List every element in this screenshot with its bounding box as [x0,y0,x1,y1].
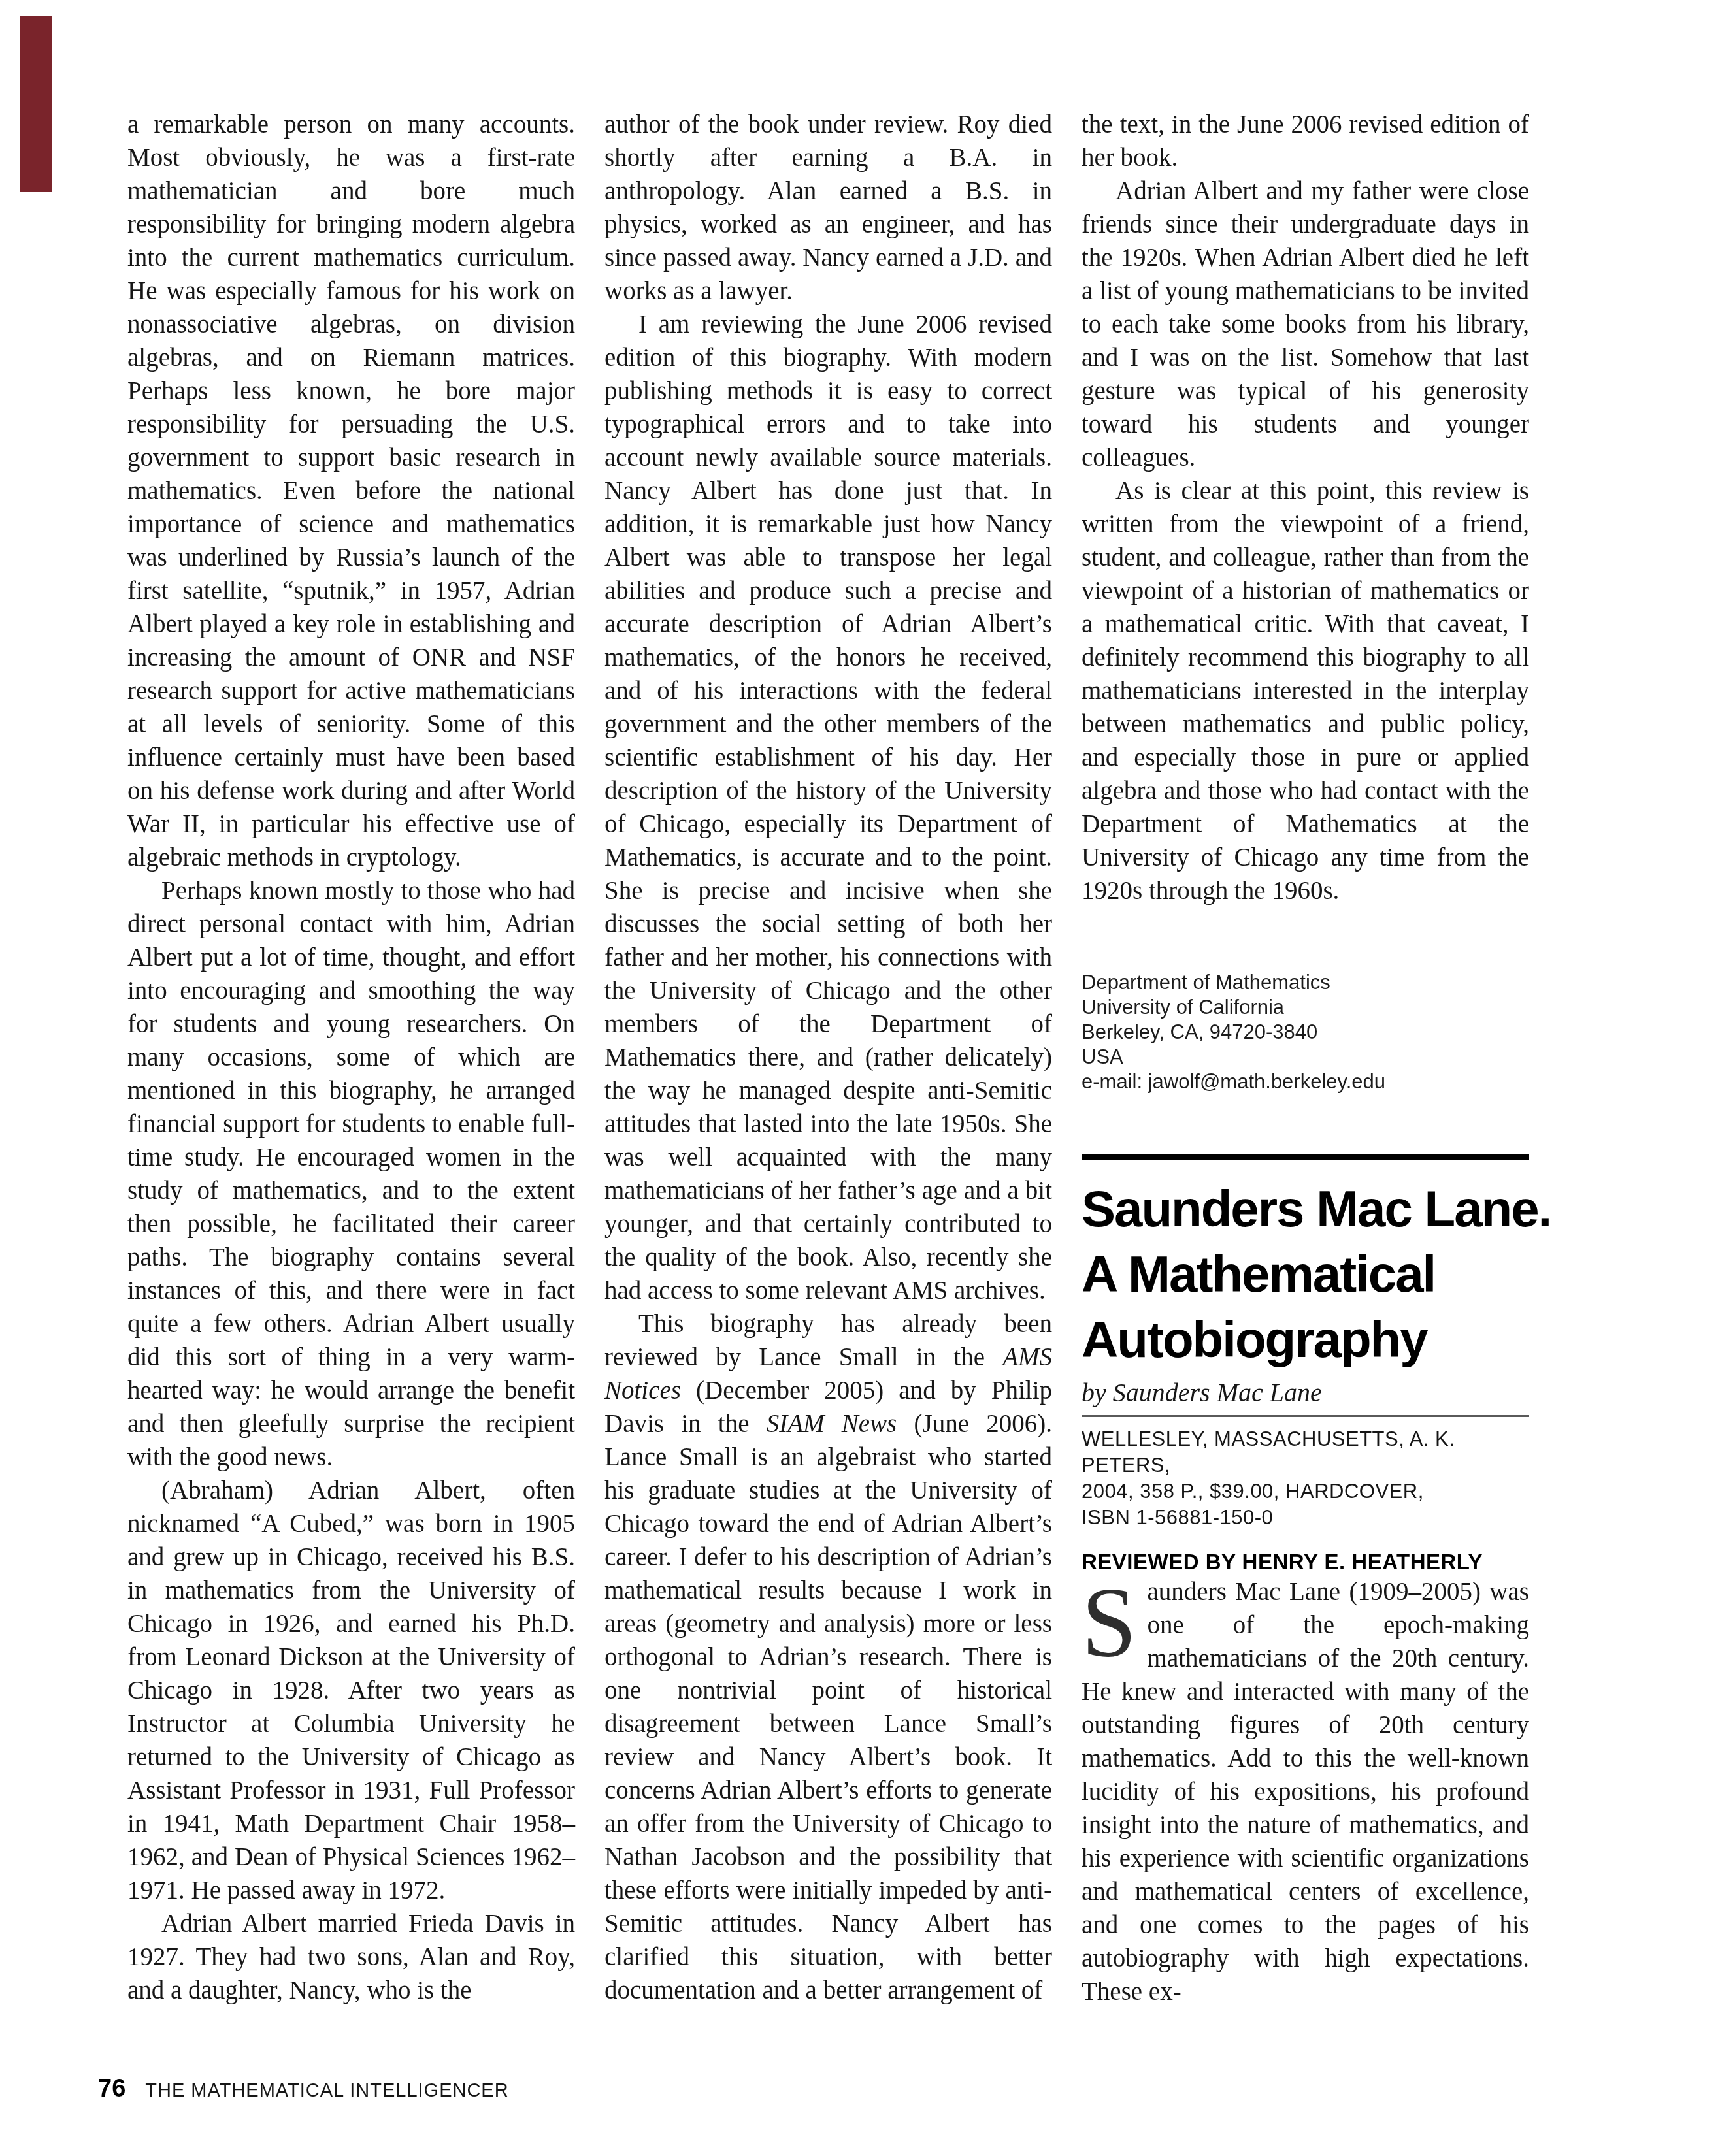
review-book-title: Saunders Mac Lane.A MathematicalAutobiog… [1082,1176,1529,1372]
body-paragraph: Perhaps known mostly to those who had di… [127,874,575,1474]
author-address-block: Department of MathematicsUniversity of C… [1082,970,1529,1094]
journal-page: a remarkable person on many accounts. Mo… [0,0,1735,2156]
text-line: Saunders Mac Lane. [1082,1176,1529,1241]
column-2: author of the book under review. Roy die… [604,108,1052,2008]
body-paragraph: Adrian Albert and my father were close f… [1082,174,1529,474]
text-line: USA [1082,1045,1529,1070]
reviewer-credit: REVIEWED BY HENRY E. HEATHERLY [1082,1549,1529,1575]
review-opening-paragraph: Saunders Mac Lane (1909–2005) was one of… [1082,1575,1529,2008]
byline-divider-rule [1082,1415,1529,1417]
opening-text: aunders Mac Lane (1909–2005) was one of … [1082,1578,1529,2006]
text-line: University of California [1082,995,1529,1020]
body-paragraph: author of the book under review. Roy die… [604,108,1052,308]
book-author-byline: by Saunders Mac Lane [1082,1377,1529,1409]
drop-cap-letter: S [1082,1575,1148,1664]
body-paragraph: (Abraham) Adrian Albert, often nicknamed… [127,1474,575,1907]
journal-name: THE MATHEMATICAL INTELLIGENCER [145,2080,508,2102]
text-line: A Mathematical [1082,1241,1529,1307]
text-line: 2004, 358 P., $39.00, HARDCOVER, [1082,1478,1529,1505]
body-paragraph: As is clear at this point, this review i… [1082,474,1529,907]
text-line: e-mail: jawolf@math.berkeley.edu [1082,1070,1529,1094]
text-line: ISBN 1-56881-150-0 [1082,1505,1529,1531]
text-line: Autobiography [1082,1307,1529,1372]
text-line: WELLESLEY, MASSACHUSETTS, A. K. PETERS, [1082,1426,1529,1478]
publication-details: WELLESLEY, MASSACHUSETTS, A. K. PETERS,2… [1082,1426,1529,1531]
column-3: the text, in the June 2006 revised editi… [1082,108,1529,2008]
column-3-body: the text, in the June 2006 revised editi… [1082,108,1529,944]
column-1: a remarkable person on many accounts. Mo… [127,108,575,2008]
text-line: Berkeley, CA, 94720-3840 [1082,1020,1529,1045]
body-paragraph: I am reviewing the June 2006 revised edi… [604,308,1052,1307]
page-number: 76 [98,2075,125,2103]
text-columns: a remarkable person on many accounts. Mo… [127,108,1529,2008]
body-paragraph: Adrian Albert married Frieda Davis in 19… [127,1907,575,2007]
page-footer: 76 THE MATHEMATICAL INTELLIGENCER [98,2075,509,2103]
body-paragraph: This biography has already been reviewed… [604,1307,1052,2007]
body-paragraph: the text, in the June 2006 revised editi… [1082,108,1529,174]
section-accent-bar [20,16,52,192]
body-paragraph: a remarkable person on many accounts. Mo… [127,108,575,874]
section-divider-rule [1082,1154,1529,1160]
text-line: Department of Mathematics [1082,970,1529,995]
